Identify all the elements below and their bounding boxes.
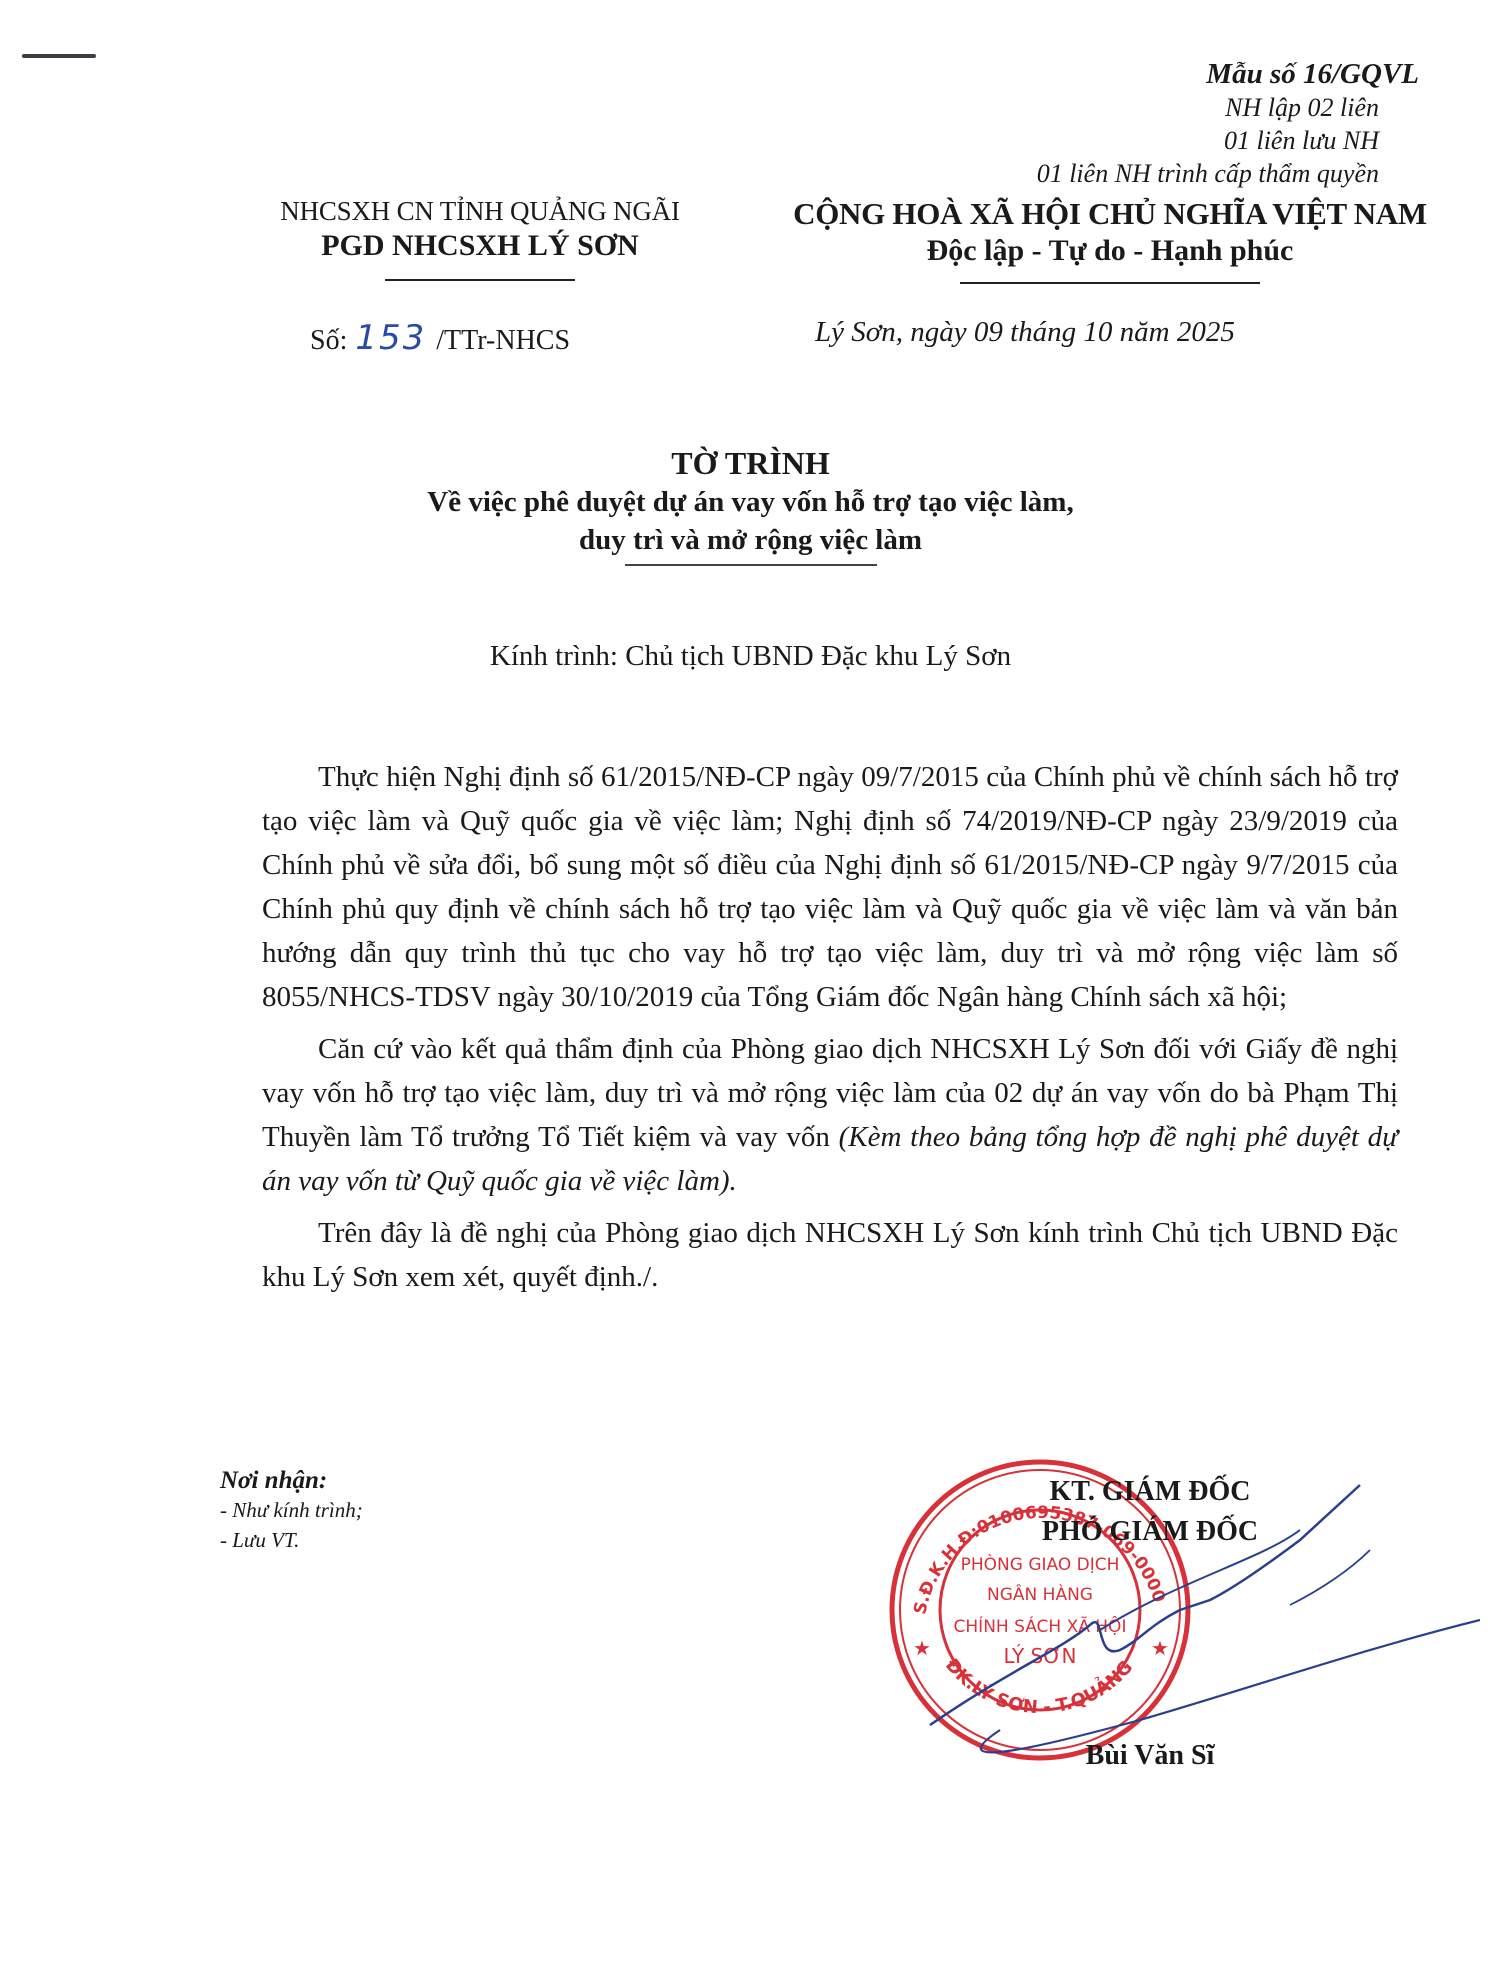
- form-number-block: Mẫu số 16/GQVL NH lập 02 liên 01 liên lư…: [1037, 58, 1419, 190]
- signer-name: Bùi Văn Sĩ: [1000, 1740, 1300, 1772]
- national-motto: Độc lập - Tự do - Hạnh phúc: [750, 234, 1470, 268]
- handwritten-signature-icon: [880, 1450, 1480, 1770]
- body-paragraph-1: Thực hiện Nghị định số 61/2015/NĐ-CP ngà…: [262, 755, 1398, 1019]
- issuer-header: NHCSXH CN TỈNH QUẢNG NGÃI PGD NHCSXH LÝ …: [230, 196, 730, 281]
- document-number: Số:153/TTr-NHCS: [310, 318, 570, 358]
- doc-number-prefix: Số:: [310, 325, 347, 356]
- issuer-underline: [385, 279, 575, 281]
- body-paragraph-2: Căn cứ vào kết quả thẩm định của Phòng g…: [262, 1027, 1398, 1203]
- doc-type: TỜ TRÌNH: [0, 445, 1501, 482]
- country-name: CỘNG HOÀ XÃ HỘI CHỦ NGHĨA VIỆT NAM: [750, 196, 1470, 232]
- recipient-item: - Như kính trình;: [220, 1495, 363, 1525]
- title-underline: [625, 564, 877, 566]
- recipient-item: - Lưu VT.: [220, 1525, 363, 1555]
- motto-underline: [960, 282, 1260, 284]
- subject-line-1: Về việc phê duyệt dự án vay vốn hỗ trợ t…: [0, 484, 1501, 520]
- copy-note-2: 01 liên lưu NH: [1037, 124, 1379, 157]
- issuer-parent: NHCSXH CN TỈNH QUẢNG NGÃI: [230, 196, 730, 227]
- copy-note-1: NH lập 02 liên: [1037, 91, 1379, 124]
- addressee: Kính trình: Chủ tịch UBND Đặc khu Lý Sơn: [0, 640, 1501, 673]
- copy-note-3: 01 liên NH trình cấp thẩm quyền: [1037, 157, 1419, 190]
- place-and-date: Lý Sơn, ngày 09 tháng 10 năm 2025: [815, 316, 1235, 349]
- form-code: Mẫu số 16/GQVL: [1037, 58, 1419, 91]
- body-paragraph-3: Trên đây là đề nghị của Phòng giao dịch …: [262, 1211, 1398, 1299]
- doc-number-handwritten: 153: [355, 318, 426, 358]
- scan-artifact-mark: [22, 54, 96, 58]
- recipients-block: Nơi nhận: - Như kính trình; - Lưu VT.: [220, 1467, 363, 1555]
- doc-number-suffix: /TTr-NHCS: [436, 325, 570, 356]
- national-header: CỘNG HOÀ XÃ HỘI CHỦ NGHĨA VIỆT NAM Độc l…: [750, 196, 1470, 284]
- document-body: Thực hiện Nghị định số 61/2015/NĐ-CP ngà…: [262, 755, 1398, 1307]
- document-title: TỜ TRÌNH Về việc phê duyệt dự án vay vốn…: [0, 445, 1501, 566]
- recipients-label: Nơi nhận:: [220, 1467, 363, 1495]
- issuer-unit: PGD NHCSXH LÝ SƠN: [230, 229, 730, 263]
- subject-line-2: duy trì và mở rộng việc làm: [0, 522, 1501, 558]
